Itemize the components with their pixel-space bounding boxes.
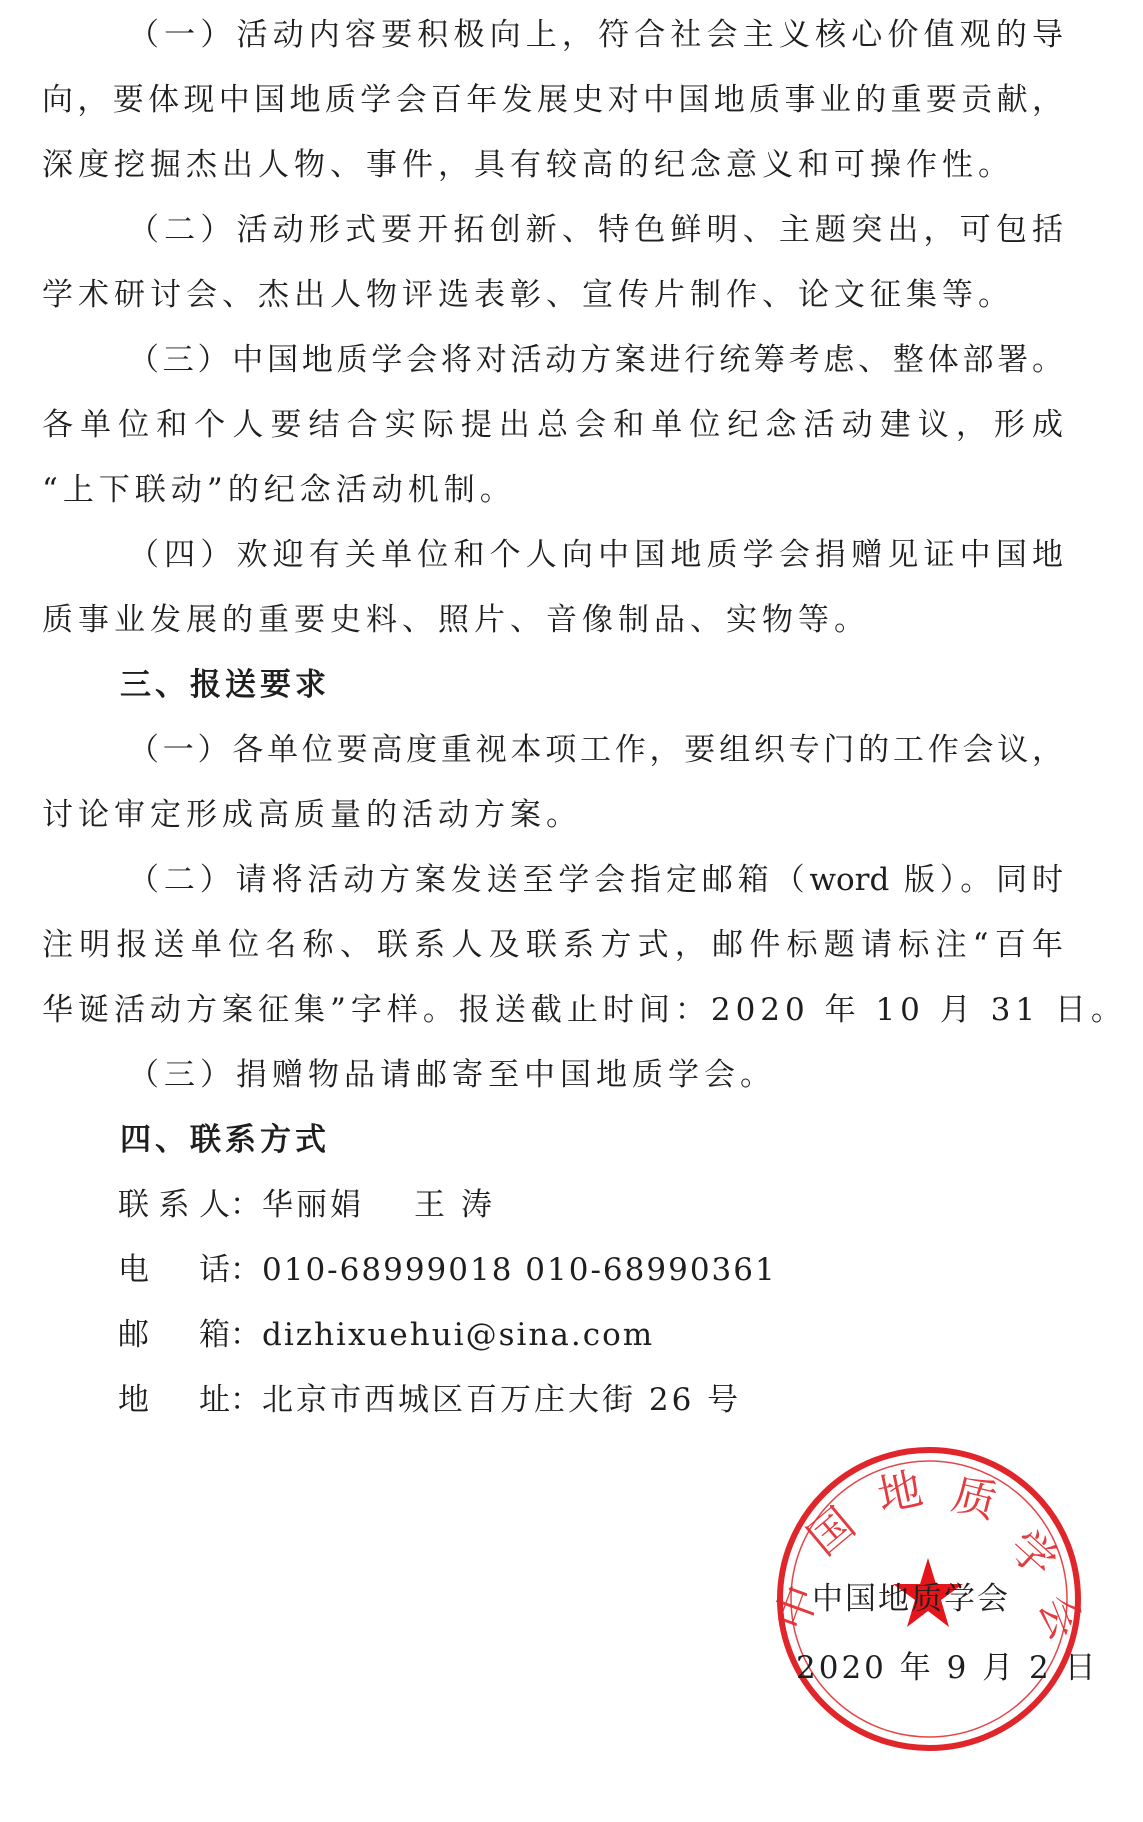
section-heading-submission-requirements: 三、报送要求: [120, 653, 330, 718]
paragraph-line: “上下联动”的纪念活动机制。: [42, 458, 516, 523]
paragraph-line: （一）各单位要高度重视本项工作，要组织专门的工作会议，: [128, 718, 1063, 783]
section-heading-contact: 四、联系方式: [120, 1108, 330, 1173]
contact-person-row: 联系人 ： 华丽娟 王 涛: [118, 1173, 495, 1238]
contact-phone-row: 电话 ： 010-68999018 010-68990361: [118, 1238, 777, 1303]
email-label: 邮箱: [118, 1303, 230, 1368]
contact-person-1: 华丽娟: [262, 1173, 364, 1238]
contact-address-row: 地址 ： 北京市西城区百万庄大街 26 号: [118, 1368, 741, 1433]
signature-organization: 中国地质学会: [812, 1573, 1010, 1618]
contact-person-2: 王 涛: [414, 1173, 495, 1238]
paragraph-line: （三）中国地质学会将对活动方案进行统筹考虑、整体部署。: [128, 328, 1063, 393]
contact-label: 联系人: [118, 1173, 230, 1238]
colon: ：: [230, 1303, 262, 1368]
colon: ：: [230, 1173, 262, 1238]
seal-char: 地: [873, 1463, 927, 1522]
address-label: 地址: [118, 1368, 230, 1433]
paragraph-line: 质事业发展的重要史料、照片、音像制品、实物等。: [42, 588, 870, 653]
paragraph-line: （三）捐赠物品请邮寄至中国地质学会。: [128, 1043, 776, 1108]
contact-email-row: 邮箱 ： dizhixuehui@sina.com: [118, 1303, 654, 1368]
paragraph-line: （二）请将活动方案发送至学会指定邮箱（word 版）。同时: [128, 848, 1063, 913]
paragraph-line: 向，要体现中国地质学会百年发展史对中国地质事业的重要贡献，: [42, 68, 1063, 133]
colon: ：: [230, 1238, 262, 1303]
paragraph-line: 注明报送单位名称、联系人及联系方式，邮件标题请标注“百年: [42, 913, 1063, 978]
paragraph-line-deadline: 华诞活动方案征集”字样。报送截止时间：2020 年 10 月 31 日。: [42, 978, 1127, 1043]
phone-label: 电话: [118, 1238, 230, 1303]
signature-date: 2020 年 9 月 2 日: [796, 1642, 1099, 1687]
seal-char: 质: [947, 1469, 1002, 1529]
paragraph-line: 各单位和个人要结合实际提出总会和单位纪念活动建议，形成: [42, 393, 1063, 458]
colon: ：: [230, 1368, 262, 1433]
phone-numbers: 010-68999018 010-68990361: [262, 1238, 777, 1303]
paragraph-line: （四）欢迎有关单位和个人向中国地质学会捐赠见证中国地: [128, 523, 1063, 588]
paragraph-line: （二）活动形式要开拓创新、特色鲜明、主题突出，可包括: [128, 198, 1063, 263]
email-address[interactable]: dizhixuehui@sina.com: [262, 1303, 654, 1368]
address-value: 北京市西城区百万庄大街 26 号: [262, 1368, 741, 1433]
paragraph-line: 深度挖掘杰出人物、事件，具有较高的纪念意义和可操作性。: [42, 133, 1014, 198]
paragraph-line: 讨论审定形成高质量的活动方案。: [42, 783, 582, 848]
paragraph-line: 学术研讨会、杰出人物评选表彰、宣传片制作、论文征集等。: [42, 263, 1014, 328]
paragraph-line: （一）活动内容要积极向上，符合社会主义核心价值观的导: [128, 3, 1063, 68]
